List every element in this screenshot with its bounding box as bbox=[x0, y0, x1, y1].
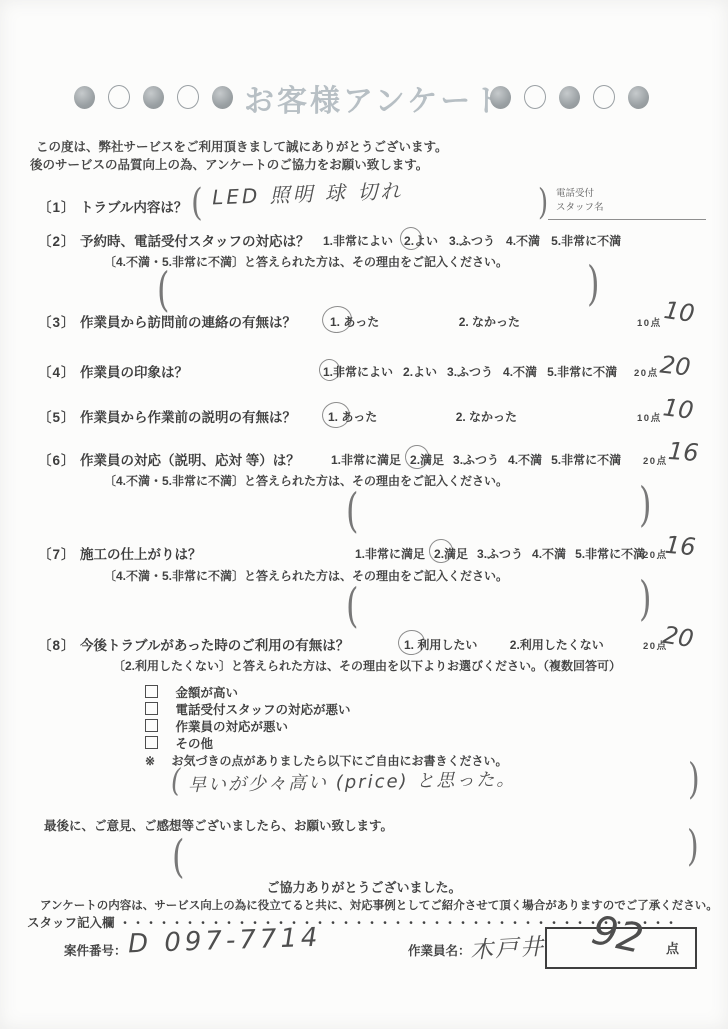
question-6-text: 作業員の対応（説明、応対 等）は？ bbox=[80, 453, 300, 468]
open-bracket: ( bbox=[346, 483, 358, 538]
option-selected[interactable]: 2.満足 bbox=[434, 545, 468, 562]
checkbox-label: 作業員の対応が悪い bbox=[175, 720, 288, 734]
outline-circle-icon bbox=[177, 85, 199, 109]
filled-circle-icon bbox=[74, 86, 95, 109]
close-bracket: ) bbox=[688, 755, 700, 804]
option[interactable]: 3.ふつう bbox=[477, 545, 523, 562]
question-6: 〔6〕 作業員の対応（説明、応対 等）は？ bbox=[38, 449, 300, 470]
question-8-options: 1. 利用したい 2.利用したくない bbox=[404, 636, 604, 654]
question-6-reason-note: 〔4.不満・5.非常に不満〕と答えられた方は、その理由をご記入ください。 bbox=[104, 472, 508, 489]
question-2-options: 1.非常によい 2.よい 3.ふつう 4.不満 5.非常に不満 bbox=[323, 232, 621, 250]
question-5: 〔5〕 作業員から作業前の説明の有無は？ bbox=[38, 406, 296, 427]
question-5-points-label: 10点 bbox=[637, 410, 662, 424]
filled-circle-icon bbox=[143, 86, 164, 109]
option[interactable]: 5.非常に不満 bbox=[551, 232, 621, 249]
question-3-number: 〔3〕 bbox=[38, 315, 76, 330]
option[interactable]: 4.不満 bbox=[508, 451, 542, 468]
option-selected[interactable]: 1. 利用したい bbox=[404, 636, 477, 653]
question-1-text: トラブル内容は？ bbox=[80, 200, 187, 215]
outline-circle-icon bbox=[524, 85, 546, 109]
decorative-dots-right bbox=[490, 85, 649, 109]
option[interactable]: 4.不満 bbox=[503, 363, 537, 380]
question-6-points-label: 20点 bbox=[643, 453, 668, 467]
question-6-number: 〔6〕 bbox=[38, 453, 76, 468]
question-4-number: 〔4〕 bbox=[38, 365, 76, 380]
close-bracket: ) bbox=[687, 822, 699, 871]
option-selected[interactable]: 2.満足 bbox=[410, 451, 444, 468]
question-8-text: 今後トラブルがあった時のご利用の有無は？ bbox=[80, 638, 349, 653]
filled-circle-icon bbox=[559, 86, 580, 109]
question-8-handwritten-score: 20 bbox=[661, 621, 696, 653]
intro-line-2: 後のサービスの品質向上の為、アンケートのご協力をお願い致します。 bbox=[30, 156, 428, 174]
question-2-number: 〔2〕 bbox=[38, 234, 76, 249]
checkbox-icon[interactable] bbox=[145, 719, 158, 732]
question-5-number: 〔5〕 bbox=[38, 410, 76, 425]
close-bracket: ) bbox=[538, 183, 548, 224]
case-number-handwritten: D 097-7714 bbox=[128, 923, 322, 960]
option[interactable]: 1.非常に満足 bbox=[331, 451, 401, 468]
question-4-options: 1.非常によい 2.よい 3.ふつう 4.不満 5.非常に不満 bbox=[323, 363, 617, 381]
question-7-options: 1.非常に満足 2.満足 3.ふつう 4.不満 5.非常に不満 bbox=[355, 545, 645, 563]
close-bracket: ) bbox=[639, 571, 651, 626]
checkbox-label: 金額が高い bbox=[175, 686, 238, 700]
open-bracket: ( bbox=[172, 830, 184, 883]
filled-circle-icon bbox=[628, 86, 649, 109]
question-3-points-label: 10点 bbox=[637, 315, 662, 329]
thanks-message: ご協力ありがとうございました。 bbox=[0, 877, 728, 896]
question-5-handwritten-score: 10 bbox=[661, 393, 695, 425]
question-3-text: 作業員から訪問前の連絡の有無は？ bbox=[80, 315, 296, 330]
question-7-number: 〔7〕 bbox=[38, 547, 76, 562]
question-4-handwritten-score: 20 bbox=[659, 350, 692, 381]
option[interactable]: 2.よい bbox=[403, 363, 437, 380]
worker-name-handwritten: 木戸井 bbox=[469, 928, 546, 965]
asterisk-mark: ※ bbox=[145, 754, 155, 768]
question-1: 〔1〕 トラブル内容は？ bbox=[38, 196, 187, 217]
option[interactable]: 3.ふつう bbox=[447, 363, 493, 380]
question-4-text: 作業員の印象は？ bbox=[80, 365, 188, 380]
checkbox-icon[interactable] bbox=[145, 736, 158, 749]
open-bracket: ( bbox=[346, 578, 358, 633]
option[interactable]: 3.ふつう bbox=[453, 451, 499, 468]
filled-circle-icon bbox=[490, 86, 511, 109]
question-4: 〔4〕 作業員の印象は？ bbox=[38, 361, 188, 382]
question-5-text: 作業員から作業前の説明の有無は？ bbox=[80, 410, 296, 425]
case-number-label: 案件番号： bbox=[64, 941, 127, 959]
option[interactable]: 2.利用したくない bbox=[510, 636, 604, 653]
outline-circle-icon bbox=[593, 85, 615, 109]
phone-staff-label-1: 電話受付 bbox=[556, 187, 594, 200]
question-7-text: 施工の仕上がりは？ bbox=[80, 547, 202, 562]
checkbox-label: その他 bbox=[175, 737, 213, 751]
open-bracket: ( bbox=[157, 262, 169, 317]
question-7: 〔7〕 施工の仕上がりは？ bbox=[38, 543, 201, 564]
option[interactable]: 1.非常によい bbox=[323, 232, 393, 249]
q8-handwritten-comment: 早いが少々高い (price) と思った。 bbox=[188, 765, 517, 797]
checkbox-row-4: その他 bbox=[145, 734, 213, 753]
option[interactable]: 4.不満 bbox=[506, 232, 540, 249]
staff-entry-label: スタッフ記入欄 bbox=[27, 916, 115, 930]
question-8-reason-note: 〔2.利用したくない〕と答えられた方は、その理由を以下よりお選びください。（複数… bbox=[113, 657, 621, 674]
question-6-handwritten-score: 16 bbox=[667, 437, 699, 467]
question-3-options: 1. あった 2. なかった bbox=[330, 313, 520, 331]
option[interactable]: 4.不満 bbox=[532, 545, 566, 562]
worker-name-label: 作業員名： bbox=[408, 941, 471, 959]
question-3-handwritten-score: 10 bbox=[662, 296, 696, 328]
question-6-options: 1.非常に満足 2.満足 3.ふつう 4.不満 5.非常に不満 bbox=[331, 451, 621, 469]
filled-circle-icon bbox=[212, 86, 233, 109]
close-bracket: ) bbox=[639, 477, 651, 532]
q1-handwritten-answer: LED 照明 球 切れ bbox=[212, 175, 404, 211]
option-selected[interactable]: 1. あった bbox=[330, 313, 379, 330]
question-1-number: 〔1〕 bbox=[38, 200, 76, 215]
question-7-handwritten-score: 16 bbox=[664, 531, 697, 562]
page-title: お客様アンケート bbox=[244, 76, 506, 120]
checkbox-icon[interactable] bbox=[145, 685, 158, 698]
question-2: 〔2〕 予約時、電話受付スタッフの対応は？ bbox=[38, 230, 309, 251]
question-8: 〔8〕 今後トラブルがあった時のご利用の有無は？ bbox=[38, 634, 349, 655]
open-bracket: ( bbox=[191, 181, 203, 225]
close-bracket: ) bbox=[587, 256, 599, 311]
checkbox-label: 電話受付スタッフの対応が悪い bbox=[175, 703, 350, 717]
decorative-dots-left bbox=[74, 85, 233, 109]
open-bracket: ( bbox=[170, 763, 182, 800]
outline-circle-icon bbox=[108, 85, 130, 109]
final-request: 最後に、ご意見、ご感想等ございましたら、お願い致します。 bbox=[44, 816, 393, 834]
option[interactable]: 5.非常に不満 bbox=[547, 363, 617, 380]
score-unit-label: 点 bbox=[666, 938, 679, 957]
option[interactable]: 2. なかった bbox=[456, 408, 517, 425]
survey-page: お客様アンケート この度は、弊社サービスをご利用頂きまして誠にありがとうございま… bbox=[0, 0, 728, 1029]
option[interactable]: 1.非常に満足 bbox=[355, 545, 425, 562]
checkbox-icon[interactable] bbox=[145, 702, 158, 715]
option[interactable]: 5.非常に不満 bbox=[575, 545, 645, 562]
option-selected[interactable]: 1.非常によい bbox=[323, 363, 393, 380]
phone-staff-name-field[interactable] bbox=[548, 205, 706, 220]
option-selected[interactable]: 1. あった bbox=[328, 408, 377, 425]
question-2-text: 予約時、電話受付スタッフの対応は？ bbox=[80, 234, 310, 249]
option[interactable]: 2. なかった bbox=[459, 313, 520, 330]
question-8-number: 〔8〕 bbox=[38, 638, 76, 653]
option[interactable]: 3.ふつう bbox=[449, 232, 495, 249]
question-7-reason-note: 〔4.不満・5.非常に不満〕と答えられた方は、その理由をご記入ください。 bbox=[104, 567, 508, 584]
question-3: 〔3〕 作業員から訪問前の連絡の有無は？ bbox=[38, 311, 296, 332]
option-selected[interactable]: 2.よい bbox=[404, 232, 438, 249]
question-4-points-label: 20点 bbox=[634, 365, 659, 379]
intro-line-1: この度は、弊社サービスをご利用頂きまして誠にありがとうございます。 bbox=[36, 138, 448, 156]
option[interactable]: 5.非常に不満 bbox=[551, 451, 621, 468]
question-5-options: 1. あった 2. なかった bbox=[328, 408, 517, 426]
